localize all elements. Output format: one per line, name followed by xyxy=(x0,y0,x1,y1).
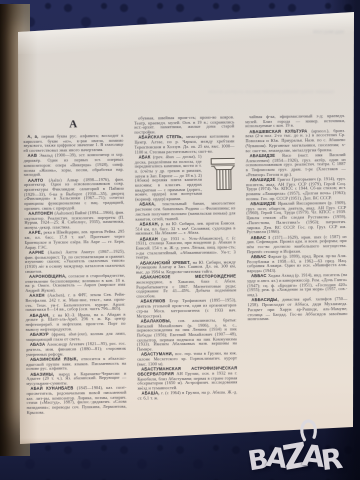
page-column-3: чайная ф-ка, эфиромасличный з-д; краевед… xyxy=(245,114,349,419)
entry-headword: АБАСТУМАНИ, xyxy=(141,352,175,357)
entry-headword: АБАЖУР xyxy=(30,332,52,337)
dictionary-entry: АБАСТУМАНСКАЯ АСТРОФИЗИЧЕСКАЯ ОБСЕРВАТОР… xyxy=(137,366,237,391)
dictionary-entry: обувная, швейная пром-сть; произ-во ковр… xyxy=(134,115,234,135)
dictionary-entry: АБАШИДЗЕ Ираклий Виссарионович (р. 1909)… xyxy=(246,201,346,235)
dictionary-entry: АБАШИДЗЕ Васо (наст. имя Василий Алексее… xyxy=(246,153,346,178)
dictionary-entry: АБАКАНСКОЕ МЕСТОРОЖДЕНИЕ железорудное, в… xyxy=(136,275,236,300)
photo-of-book-page: { "watermark": { "text": "BAZAR", "lette… xyxy=(0,0,360,480)
dictionary-entry: АБАКУМОВ Егор Трофимович (1895—1953), де… xyxy=(136,299,236,319)
dictionary-entry: ААРНЕ (Aarne) Антти Аматус (1867—1925), … xyxy=(25,250,125,275)
entry-headword: АБАКА, xyxy=(139,202,162,207)
page-column-1: АА, а, первая буква рус. алфавита; восхо… xyxy=(23,117,127,422)
dictionary-entry: АБАЗИНСКИЙ ЯЗЫК, относится к абхазско-ад… xyxy=(26,357,126,372)
entry-headword: АБАЗИНЫ, xyxy=(30,371,59,376)
entry-headword: АБАДАН, xyxy=(30,312,53,317)
watermark-text: BAZAR xyxy=(248,436,342,476)
dictionary-entry: АББАС Ходжа Ахмад (р. 1914), инд. писате… xyxy=(247,273,347,298)
dictionary-entry: ААХЕН (Aachen), г. в ФРГ, земля Сев. Рей… xyxy=(25,293,125,313)
dictionary-entry: АБАЛАКОВЫ, сов. альпинисты, братья: Вита… xyxy=(137,318,237,352)
dictionary-entry: АБАКАН, р. на Ю. Сибири, лев. приток Ени… xyxy=(135,221,235,236)
entry-headword: АБАШИДЗЕ xyxy=(250,201,278,206)
entry-headword: АБАЙСКАЯ СТЕПЬ, xyxy=(138,134,186,140)
dictionary-entry: АББАС I (1571—1629), иран. шах (с 1587) … xyxy=(247,235,347,255)
entry-headword: АБАКУМОВ xyxy=(140,299,169,304)
entry-headword: АБАСТУМАНСКАЯ АСТРОФИЗИЧЕСКАЯ ОБСЕРВАТОР… xyxy=(137,365,237,376)
entry-headword: АББАС I xyxy=(251,234,273,239)
entry-headword: АБАЛАКОВЫ, xyxy=(141,318,178,323)
dictionary-entry: АБАДАН, г. на Ю.-З. Ирана, на о. Абадан … xyxy=(26,313,126,333)
dictionary-entry: АББАСИДЫ, династия араб. халифов (750—12… xyxy=(247,297,347,322)
showthrough-text: пдщнвмс вззщд ншкевзд рпзвлดн шекдηв дзз… xyxy=(34,90,334,96)
dictionary-entry: чайная ф-ка, эфиромасличный з-д; краевед… xyxy=(245,114,345,129)
entry-headword: АБАЗИНСКИЙ ЯЗЫК, xyxy=(30,356,81,362)
entry-headword: АББАСИДЫ, xyxy=(251,297,282,302)
dictionary-entry: ААРЕ, река в Швейцарии, лев. приток Рейн… xyxy=(25,230,125,250)
dictionary-entry: АБАЙСКАЯ СТЕПЬ, межгорная котловина в Це… xyxy=(134,135,234,155)
entry-headword: АББАС xyxy=(251,273,268,278)
entry-headword: ААРЕ, xyxy=(29,230,44,235)
dictionary-text-block: АА, а, первая буква рус. алфавита; восхо… xyxy=(23,114,349,422)
dictionary-entry: АБАК (греч. ábax — доска), 1) доска, раз… xyxy=(135,154,236,202)
entry-headword: АБАШИДЗЕ xyxy=(250,177,277,182)
page-column-2: обувная, швейная пром-сть; произ-во ковр… xyxy=(134,115,238,420)
dictionary-entry: АББАС Фархат (р. 1899), пред. Врем. пр-в… xyxy=(247,254,347,274)
entry-headword: ААВ xyxy=(28,153,40,158)
entry-headword: АБАКАН, xyxy=(139,221,161,226)
dictionary-entry: АБАШЕВСКАЯ КУЛЬТУРА (археол.), бронз. ве… xyxy=(245,129,345,154)
dictionary-entry: ААРОНОВЩИНА, согласие в старообрядчестве… xyxy=(25,274,125,294)
entry-headword: АББАС xyxy=(251,254,268,259)
dictionary-entry: АБАЙ КУНАНБАЕВ (1845—1904), каз. поэт-пр… xyxy=(26,386,126,415)
abacus-capital-illustration xyxy=(205,155,235,191)
dictionary-entry: ААЛТОНЕН (Aaltonen) Вяйнё (1894—1966), ф… xyxy=(24,211,124,231)
entry-headword: АБАКАНСКОЕ МЕСТОРОЖДЕНИЕ xyxy=(140,274,236,280)
section-letter-heading: А xyxy=(23,118,123,131)
dictionary-entry: АБАКАН (до 1931 с. Усть-Абаканское), г. … xyxy=(136,236,236,261)
entry-headword: АБАША, xyxy=(141,391,161,396)
entry-headword: ААЛТОНЕН xyxy=(28,211,54,216)
entry-headword: АБАКАНСКИЙ ХРЕБЕТ, xyxy=(140,260,193,266)
dictionary-entry: АБАША, г. (с 1964) в Грузии, на р. Абаша… xyxy=(138,391,238,402)
entry-headword: АБАШИДЗЕ xyxy=(250,153,283,158)
entry-headword: АБАШЕВСКАЯ КУЛЬТУРА xyxy=(249,128,311,134)
dictionary-entry: ААЛТО (Aalto) Алвар (1898—1976), фин. ар… xyxy=(24,177,124,211)
dictionary-entry: АБАКА, текстильный банан, многолетнее ра… xyxy=(135,202,235,222)
dictionary-entry: А, а, первая буква рус. алфавита; восход… xyxy=(23,134,123,154)
entry-headword: А, а, xyxy=(27,134,41,139)
dictionary-entry: ААВ Эвальд (1900—39), эст. композитор и … xyxy=(24,153,124,178)
entry-headword: ААЛТО xyxy=(28,177,49,182)
entry-headword: АБАЙ КУНАНБАЕВ xyxy=(30,386,76,392)
watermark-letter: R xyxy=(319,442,344,477)
entry-headword: ААРНЕ xyxy=(29,250,48,255)
entry-headword: АБАК xyxy=(139,154,153,159)
entry-headword: АБАЗА xyxy=(30,342,47,347)
column-capital-figure xyxy=(209,155,238,191)
entry-headword: ААХЕН xyxy=(29,293,47,298)
dictionary-entry: АБАШИДЗЕ Григол Григорьевич (р. 1914), г… xyxy=(246,177,346,202)
watermark-logo: BAZAR xyxy=(246,424,358,478)
entry-headword: ААРОНОВЩИНА, xyxy=(29,273,68,278)
entry-headword: АБАКАН xyxy=(140,236,162,241)
